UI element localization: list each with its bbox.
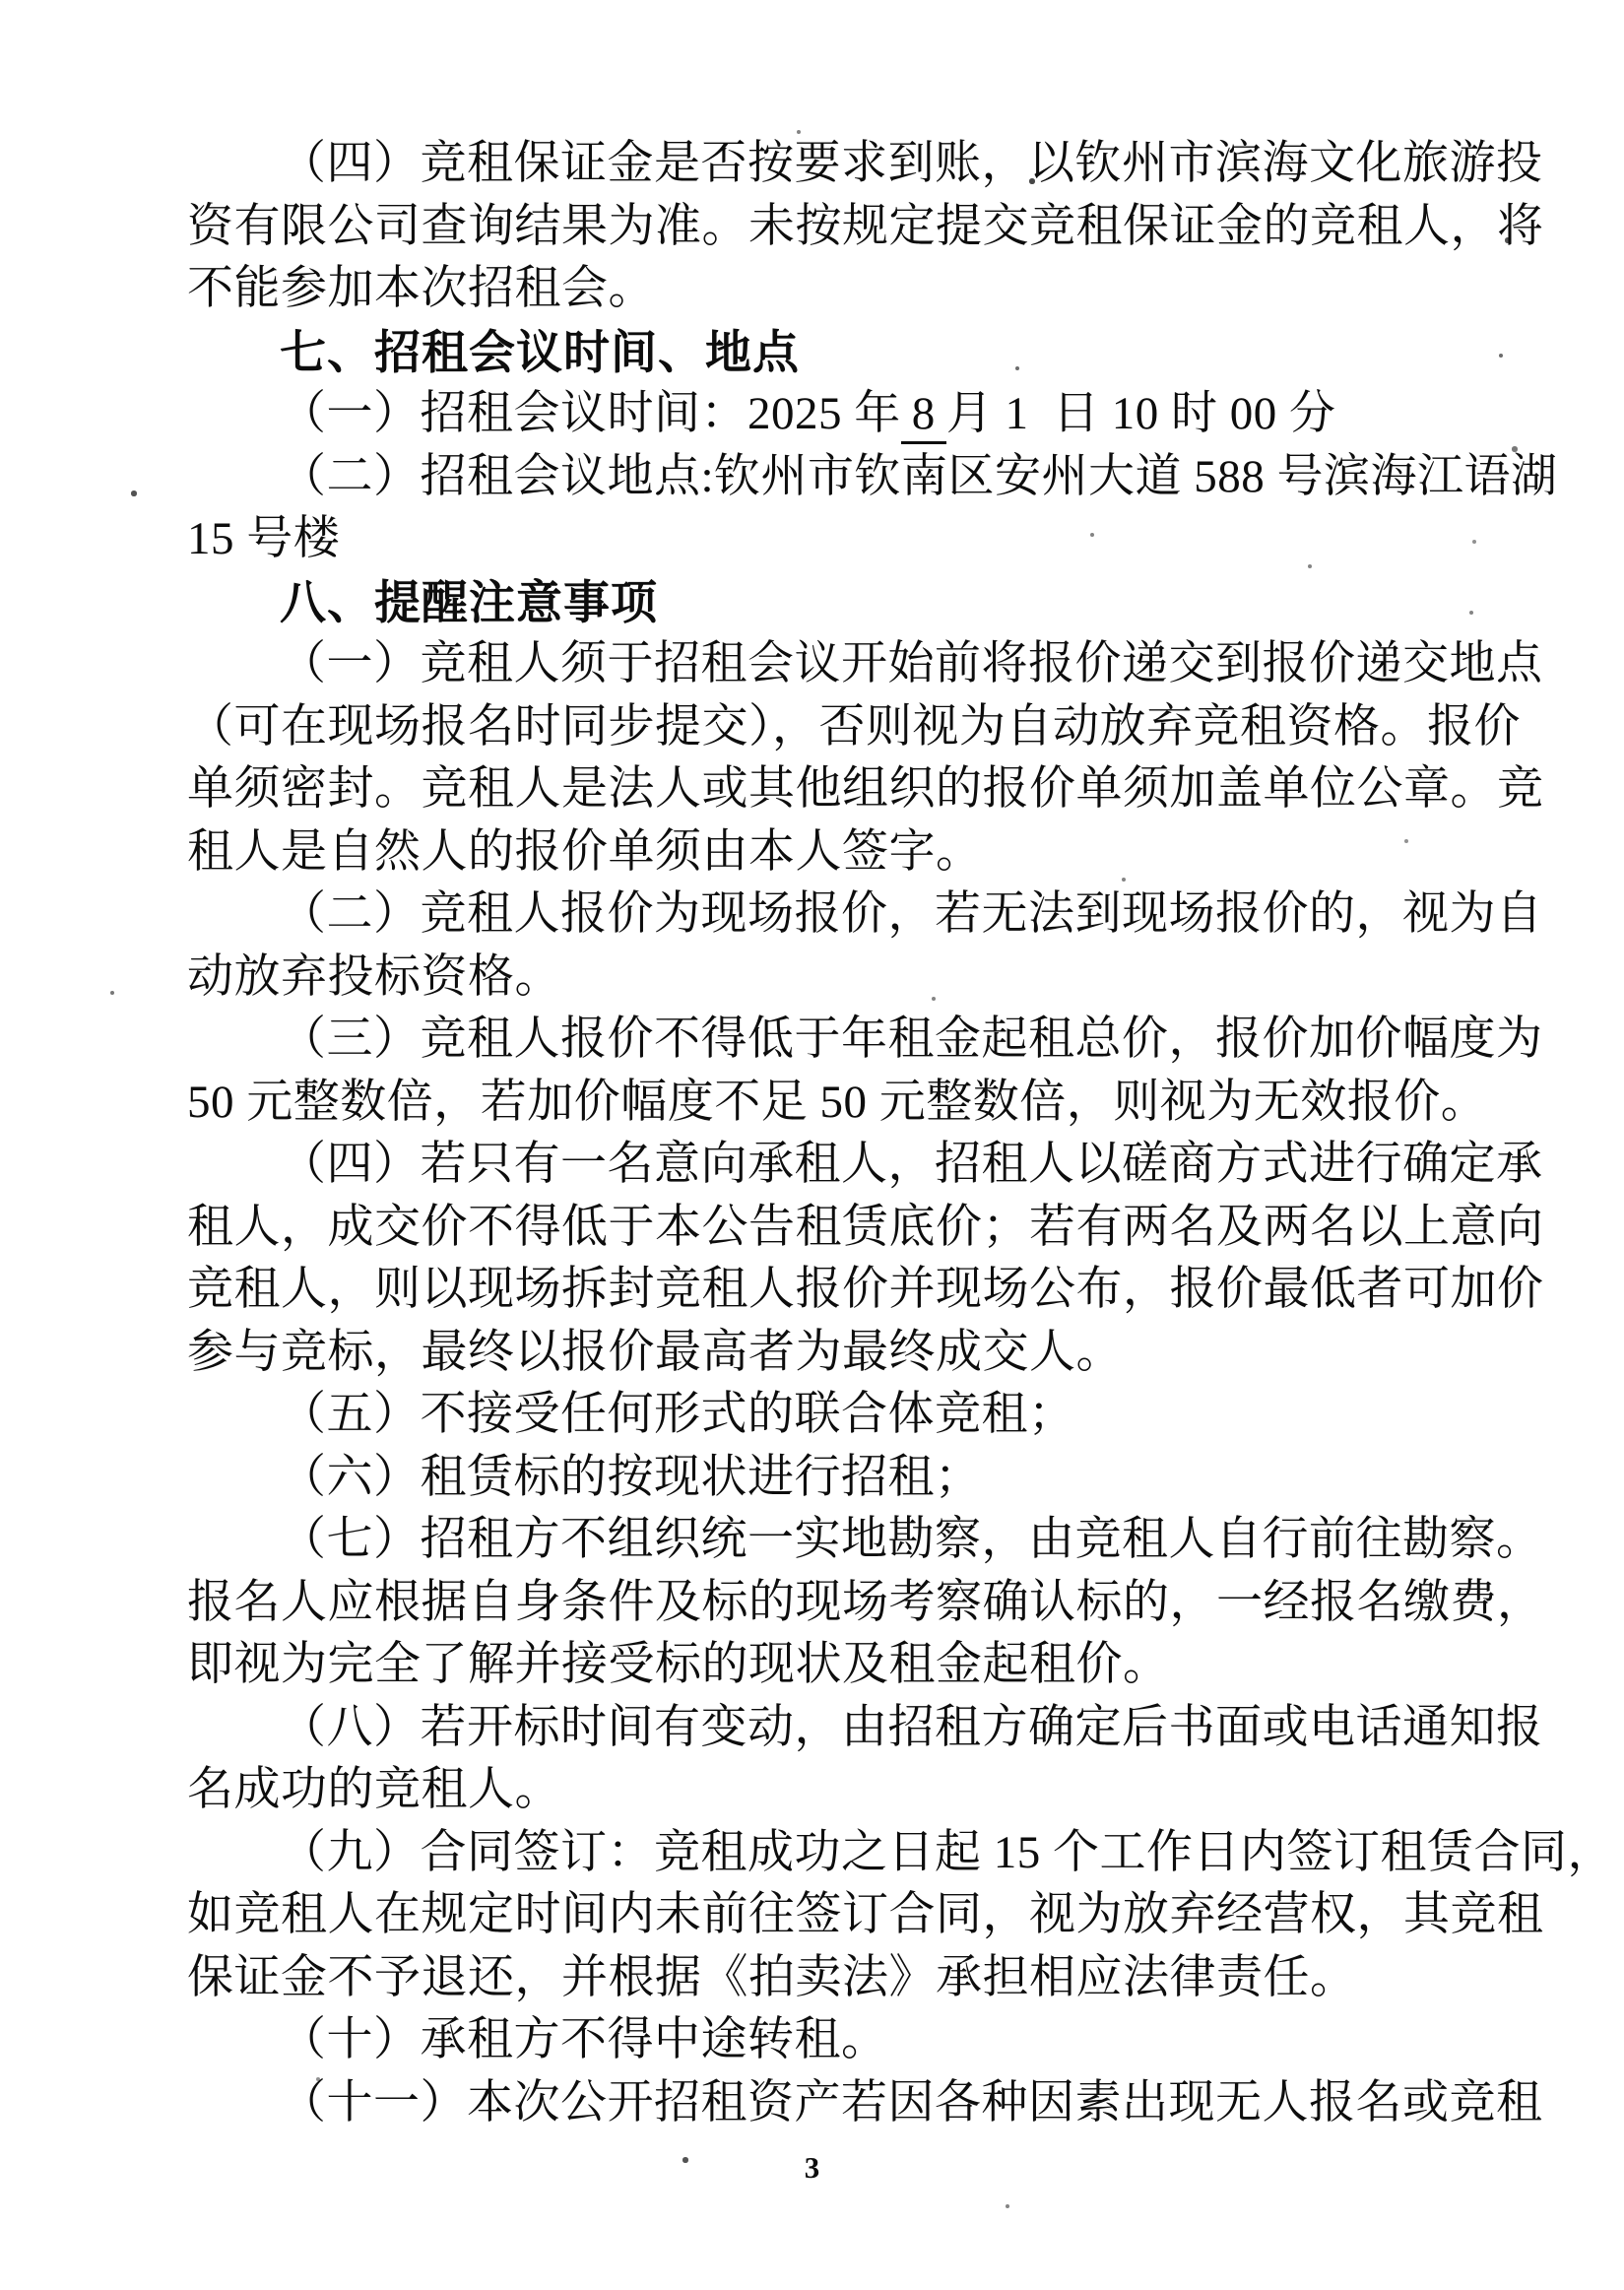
doc-line: （三）竞租人报价不得低于年租金起租总价，报价加价幅度为 xyxy=(187,1009,1458,1072)
page-number: 3 xyxy=(0,2150,1624,2186)
doc-line: 50 元整数倍，若加价幅度不足 50 元整数倍，则视为无效报价。 xyxy=(187,1072,1458,1135)
meeting-time-prefix: （一）招租会议时间：2025 年 xyxy=(280,388,901,439)
doc-line: 竞租人，则以现场拆封竞租人报价并现场公布，报价最低者可加价 xyxy=(187,1259,1458,1322)
meeting-time-line: （一）招租会议时间：2025 年8月 1 日 10 时 00 分 xyxy=(187,383,1458,446)
meeting-place-line: （二）招租会议地点:钦州市钦南区安州大道 588 号滨海江语湖 xyxy=(187,446,1458,509)
scan-noise xyxy=(0,0,2,2)
doc-line: （一）竞租人须于招租会议开始前将报价递交到报价递交地点 xyxy=(187,633,1458,696)
doc-line: 15 号楼 xyxy=(187,508,1458,571)
doc-line: （十）承租方不得中途转租。 xyxy=(187,2009,1458,2072)
doc-line: 租人是自然人的报价单须由本人签字。 xyxy=(187,821,1458,884)
doc-line: 报名人应根据自身条件及标的现场考察确认标的，一经报名缴费， xyxy=(187,1572,1458,1635)
doc-line: （十一）本次公开招租资产若因各种因素出现无人报名或竞租 xyxy=(187,2072,1458,2135)
doc-line: 动放弃投标资格。 xyxy=(187,947,1458,1010)
doc-line: 如竞租人在规定时间内未前往签订合同，视为放弃经营权，其竞租 xyxy=(187,1884,1458,1947)
document-page: （四）竞租保证金是否按要求到账，以钦州市滨海文化旅游投 资有限公司查询结果为准。… xyxy=(0,0,1624,2290)
section-heading-7: 七、招租会议时间、地点 xyxy=(187,321,1458,384)
meeting-time-month-underlined: 8 xyxy=(901,388,946,444)
doc-line: 单须密封。竞租人是法人或其他组织的报价单须加盖单位公章。竞 xyxy=(187,758,1458,821)
doc-line: （五）不接受任何形式的联合体竞租； xyxy=(187,1384,1458,1447)
doc-line: 参与竞标，最终以报价最高者为最终成交人。 xyxy=(187,1322,1458,1385)
doc-line: （九）合同签订：竞租成功之日起 15 个工作日内签订租赁合同， xyxy=(187,1822,1458,1885)
meeting-time-suffix: 月 1 日 10 时 00 分 xyxy=(946,388,1336,439)
doc-line: （六）租赁标的按现状进行招租； xyxy=(187,1447,1458,1510)
doc-line: （四）若只有一名意向承租人，招租人以磋商方式进行确定承 xyxy=(187,1134,1458,1197)
doc-line: 不能参加本次招租会。 xyxy=(187,258,1458,321)
doc-line: 租人，成交价不得低于本公告租赁底价；若有两名及两名以上意向 xyxy=(187,1197,1458,1260)
doc-line: （七）招租方不组织统一实地勘察，由竞租人自行前往勘察。 xyxy=(187,1509,1458,1572)
doc-line: 保证金不予退还，并根据《拍卖法》承担相应法律责任。 xyxy=(187,1947,1458,2010)
doc-line: （可在现场报名时同步提交），否则视为自动放弃竞租资格。报价 xyxy=(187,696,1458,759)
doc-line: 即视为完全了解并接受标的现状及租金起租价。 xyxy=(187,1634,1458,1697)
document-body: （四）竞租保证金是否按要求到账，以钦州市滨海文化旅游投 资有限公司查询结果为准。… xyxy=(187,133,1458,2134)
doc-line: 名成功的竞租人。 xyxy=(187,1759,1458,1822)
doc-line: （四）竞租保证金是否按要求到账，以钦州市滨海文化旅游投 xyxy=(187,133,1458,196)
doc-line: （二）竞租人报价为现场报价，若无法到现场报价的，视为自 xyxy=(187,883,1458,947)
doc-line: 资有限公司查询结果为准。未按规定提交竞租保证金的竞租人，将 xyxy=(187,196,1458,259)
doc-line: （八）若开标时间有变动，由招租方确定后书面或电话通知报 xyxy=(187,1697,1458,1760)
section-heading-8: 八、提醒注意事项 xyxy=(187,571,1458,634)
